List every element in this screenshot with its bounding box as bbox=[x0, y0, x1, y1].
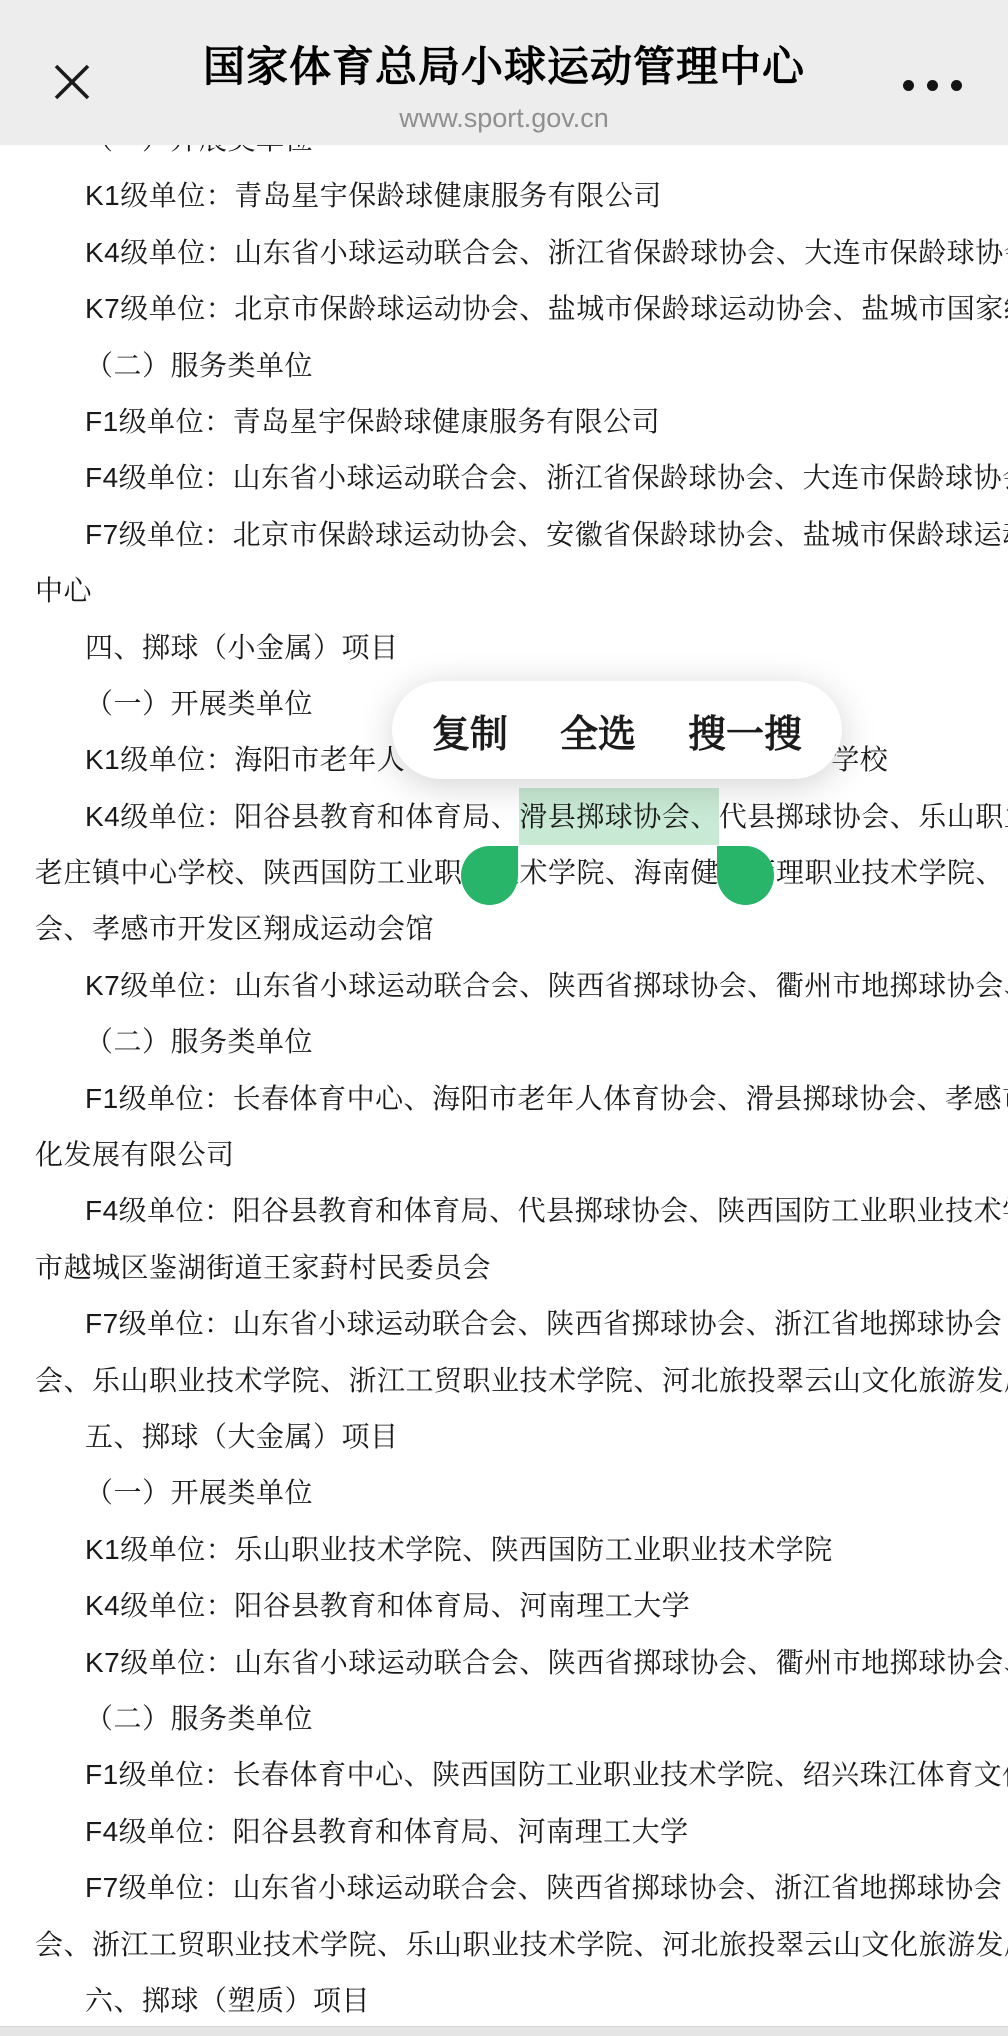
doc-line: K7级单位：山东省小球运动联合会、陕西省掷球协会、衢州市地掷球协会、 bbox=[0, 1635, 1008, 1691]
webview-titlebar: 国家体育总局小球运动管理中心 www.sport.gov.cn bbox=[0, 0, 1008, 145]
doc-line: （二）服务类单位 bbox=[0, 338, 1008, 394]
line-text: 市越城区鉴湖街道王家葑村民委员会 bbox=[35, 1252, 491, 1283]
line-text: 学校 bbox=[831, 744, 888, 775]
doc-line: F4级单位：阳谷县教育和体育局、代县掷球协会、陕西国防工业职业技术学 bbox=[0, 1183, 1008, 1239]
page-url: www.sport.gov.cn bbox=[0, 103, 1008, 134]
doc-line: K4级单位：阳谷县教育和体育局、滑县掷球协会、代县掷球协会、乐山职业 bbox=[0, 789, 1008, 845]
doc-line: F4级单位：阳谷县教育和体育局、河南理工大学 bbox=[0, 1804, 1008, 1860]
doc-line: 市越城区鉴湖街道王家葑村民委员会 bbox=[0, 1240, 1008, 1296]
line-text: （二）服务类单位 bbox=[85, 350, 313, 381]
line-text: F1级单位：长春体育中心、海阳市老年人体育协会、滑县掷球协会、孝感市 bbox=[85, 1083, 1008, 1114]
doc-line: F7级单位：北京市保龄球运动协会、安徽省保龄球协会、盐城市保龄球运动 bbox=[0, 507, 1008, 563]
line-text: K1级单位：乐山职业技术学院、陕西国防工业职业技术学院 bbox=[85, 1534, 833, 1565]
dot bbox=[951, 80, 962, 91]
doc-line: F7级单位：山东省小球运动联合会、陕西省掷球协会、浙江省地掷球协会 bbox=[0, 1860, 1008, 1916]
line-text: F4级单位：阳谷县教育和体育局、代县掷球协会、陕西国防工业职业技术学 bbox=[85, 1195, 1008, 1226]
dot bbox=[927, 80, 938, 91]
line-text: 五、掷球（大金属）项目 bbox=[85, 1421, 399, 1452]
line-text: K4级单位：阳谷县教育和体育局、河南理工大学 bbox=[85, 1590, 690, 1621]
doc-line: 六、掷球（塑质）项目 bbox=[0, 1973, 1008, 2029]
line-text: K7级单位：山东省小球运动联合会、陕西省掷球协会、衢州市地掷球协会、 bbox=[85, 1647, 1008, 1678]
line-text: F7级单位：北京市保龄球运动协会、安徽省保龄球协会、盐城市保龄球运动 bbox=[85, 519, 1008, 550]
doc-line: 中心 bbox=[0, 563, 1008, 619]
line-text: 四、掷球（小金属）项目 bbox=[85, 632, 399, 663]
document-body: （一）开展类单位K1级单位：青岛星宇保龄球健康服务有限公司K4级单位：山东省小球… bbox=[0, 0, 1008, 2029]
doc-line: F1级单位：长春体育中心、陕西国防工业职业技术学院、绍兴珠江体育文化 bbox=[0, 1747, 1008, 1803]
doc-line: 会、浙江工贸职业技术学院、乐山职业技术学院、河北旅投翠云山文化旅游发展 bbox=[0, 1917, 1008, 1973]
doc-line: 会、乐山职业技术学院、浙江工贸职业技术学院、河北旅投翠云山文化旅游发展 bbox=[0, 1353, 1008, 1409]
selection-handle-end[interactable] bbox=[717, 846, 774, 905]
copy-button[interactable]: 复制 bbox=[432, 703, 508, 758]
doc-line: 五、掷球（大金属）项目 bbox=[0, 1409, 1008, 1465]
select-all-button[interactable]: 全选 bbox=[560, 703, 636, 758]
line-text: 代县掷球协会、乐山职业 bbox=[719, 801, 1008, 832]
line-text: F4级单位：山东省小球运动联合会、浙江省保龄球协会、大连市保龄球协会 bbox=[85, 462, 1008, 493]
line-text: 六、掷球（塑质）项目 bbox=[85, 1985, 370, 2016]
search-button[interactable]: 搜一搜 bbox=[688, 703, 802, 758]
doc-line: F1级单位：青岛星宇保龄球健康服务有限公司 bbox=[0, 394, 1008, 450]
line-text: K7级单位：山东省小球运动联合会、陕西省掷球协会、衢州市地掷球协会、 bbox=[85, 970, 1008, 1001]
more-menu-icon[interactable] bbox=[903, 80, 962, 91]
line-text: K1级单位：海阳市老年人 bbox=[85, 744, 405, 775]
bottom-bar bbox=[0, 2026, 1008, 2036]
doc-line: F1级单位：长春体育中心、海阳市老年人体育协会、滑县掷球协会、孝感市 bbox=[0, 1071, 1008, 1127]
line-text: 会、浙江工贸职业技术学院、乐山职业技术学院、河北旅投翠云山文化旅游发展 bbox=[35, 1929, 1008, 1960]
doc-line: F4级单位：山东省小球运动联合会、浙江省保龄球协会、大连市保龄球协会 bbox=[0, 450, 1008, 506]
doc-line: 化发展有限公司 bbox=[0, 1127, 1008, 1183]
doc-line: （二）服务类单位 bbox=[0, 1691, 1008, 1747]
line-text: （二）服务类单位 bbox=[85, 1026, 313, 1057]
page-title: 国家体育总局小球运动管理中心 bbox=[120, 34, 888, 94]
line-text: 化发展有限公司 bbox=[35, 1139, 235, 1170]
selected-text: 滑县掷球协会、 bbox=[519, 788, 719, 845]
line-text: 会、乐山职业技术学院、浙江工贸职业技术学院、河北旅投翠云山文化旅游发展 bbox=[35, 1365, 1008, 1396]
line-text: K4级单位：阳谷县教育和体育局、 bbox=[85, 801, 519, 832]
close-icon[interactable] bbox=[50, 60, 94, 104]
line-text: F1级单位：青岛星宇保龄球健康服务有限公司 bbox=[85, 406, 660, 437]
doc-line: （二）服务类单位 bbox=[0, 1014, 1008, 1070]
doc-line: K1级单位：乐山职业技术学院、陕西国防工业职业技术学院 bbox=[0, 1522, 1008, 1578]
line-text: K1级单位：青岛星宇保龄球健康服务有限公司 bbox=[85, 180, 662, 211]
line-text: （一）开展类单位 bbox=[85, 1477, 313, 1508]
doc-line: K7级单位：北京市保龄球运动协会、盐城市保龄球运动协会、盐城市国家级 bbox=[0, 281, 1008, 337]
text-selection-context-menu: 复制 全选 搜一搜 bbox=[392, 681, 842, 779]
doc-line: K4级单位：山东省小球运动联合会、浙江省保龄球协会、大连市保龄球协会 bbox=[0, 225, 1008, 281]
doc-line: K7级单位：山东省小球运动联合会、陕西省掷球协会、衢州市地掷球协会、 bbox=[0, 958, 1008, 1014]
line-text: K7级单位：北京市保龄球运动协会、盐城市保龄球运动协会、盐城市国家级 bbox=[85, 293, 1008, 324]
line-text: F4级单位：阳谷县教育和体育局、河南理工大学 bbox=[85, 1816, 689, 1847]
line-text: F1级单位：长春体育中心、陕西国防工业职业技术学院、绍兴珠江体育文化 bbox=[85, 1759, 1008, 1790]
line-text: K4级单位：山东省小球运动联合会、浙江省保龄球协会、大连市保龄球协会 bbox=[85, 237, 1008, 268]
line-text: 老庄镇中心学校、陕西国防工业职业技术学院、海南健康管理职业技术学院、 bbox=[35, 857, 1004, 888]
doc-line: 会、孝感市开发区翔成运动会馆 bbox=[0, 901, 1008, 957]
doc-line: F7级单位：山东省小球运动联合会、陕西省掷球协会、浙江省地掷球协会 bbox=[0, 1296, 1008, 1352]
line-text: 中心 bbox=[35, 575, 92, 606]
doc-line: K4级单位：阳谷县教育和体育局、河南理工大学 bbox=[0, 1578, 1008, 1634]
line-text: F7级单位：山东省小球运动联合会、陕西省掷球协会、浙江省地掷球协会 bbox=[85, 1872, 1002, 1903]
line-text: （二）服务类单位 bbox=[85, 1703, 313, 1734]
dot bbox=[903, 80, 914, 91]
selection-handle-start[interactable] bbox=[461, 846, 518, 905]
doc-line: K1级单位：青岛星宇保龄球健康服务有限公司 bbox=[0, 168, 1008, 224]
line-text: 会、孝感市开发区翔成运动会馆 bbox=[35, 913, 434, 944]
line-text: （一）开展类单位 bbox=[85, 688, 313, 719]
doc-line: （一）开展类单位 bbox=[0, 1465, 1008, 1521]
line-text: F7级单位：山东省小球运动联合会、陕西省掷球协会、浙江省地掷球协会 bbox=[85, 1308, 1002, 1339]
doc-line: 四、掷球（小金属）项目 bbox=[0, 620, 1008, 676]
